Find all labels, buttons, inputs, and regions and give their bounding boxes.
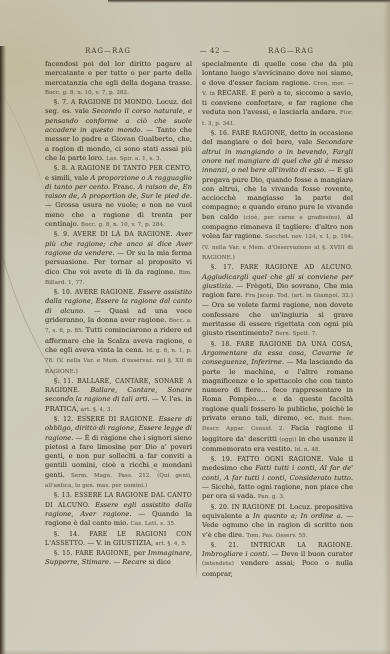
text-run-cite: Pan. g. 3.: [258, 494, 285, 500]
entry-paragraph: §. 16. FARE RAGIONE, detto in occasione …: [202, 129, 353, 263]
entry-paragraph: §. 12. ESSERE DI RAGIONE. Essere di obbl…: [45, 415, 192, 491]
text-run-sc: §. 12. ESSERE DI RAGIONE.: [54, 416, 155, 423]
text-run-cite: art. §. 4, 5.: [155, 541, 186, 547]
text-run-cite: Bocc. g. 8, n. 10, v. 7, p. 282.: [45, 90, 129, 96]
text-run-sc: RECARE.: [217, 90, 248, 97]
text-run-it: In quanto a; In ordine a.: [253, 512, 343, 520]
scan-edge-bottom: [0, 649, 390, 654]
text-run-cite: (intendete): [202, 561, 234, 567]
text-run-cite: Id. n. 48.: [294, 447, 320, 453]
text-run-cite: Cas. Lett. s. 35.: [131, 521, 176, 527]
running-head: RAG—RAG — 42 — RAG—RAG: [0, 47, 390, 59]
text-run-cite: Tom. Pas. Osserv. 55.: [246, 533, 307, 539]
text-run-plain: — Deve il buon curator: [269, 550, 353, 558]
entry-paragraph: specialmente di quelle cose che da più l…: [202, 60, 353, 129]
text-column-right: specialmente di quelle cose che da più l…: [202, 60, 353, 579]
text-run-sc: §. 21. INTRICAR LA RAGIONE.: [211, 542, 353, 549]
text-column-left: facendosi poi del lor diritto pagare al …: [45, 60, 192, 568]
page-number: — 42 —: [200, 47, 230, 55]
text-run-sc: §. 10. AVERE RAGIONE.: [54, 289, 135, 296]
entry-paragraph: §. 13. ESSERE LA RAGIONE DAL CANTO DI AL…: [45, 491, 192, 529]
text-run-cite: (cioè, per carne e gradissino),: [243, 215, 341, 221]
text-run-sc: §. 17. FARE RAGIONE AD ALCUNO.: [211, 264, 353, 271]
entry-paragraph: facendosi poi del lor diritto pagare al …: [45, 60, 192, 98]
entry-paragraph: §. 8. A RAGIONE DI TANTO PER CENTO, e si…: [45, 164, 192, 230]
text-run-plain: e simili, vale: [45, 174, 90, 182]
text-run-sc: §. 18. FARE RAGIONE DA UNA COSA,: [211, 341, 353, 348]
entry-paragraph: §. 9. AVERE DI LÀ DA RAGIONE. Aver più c…: [45, 230, 192, 288]
text-run-plain: — Ma lasciando da parte le machine, e l'…: [202, 358, 353, 422]
text-run-plain: si dice: [147, 558, 171, 566]
text-run-sc: §. 15. FARE RAGIONE,: [54, 550, 131, 557]
text-run-cite: Las. Spir. a. 1, s. 3.: [106, 156, 161, 162]
text-run-plain: per: [131, 549, 148, 557]
scan-edge-left: [0, 46, 6, 654]
running-head-left: RAG—RAG: [85, 47, 131, 55]
text-run-sc: §. 20. IN RAGIONE DI.: [211, 504, 287, 511]
scan-edge-right: [383, 0, 390, 654]
text-run-cite: (oggi): [279, 437, 296, 443]
text-run-it: Recare: [122, 558, 146, 566]
entry-paragraph: §. 19. FATTO OGNI RAGIONE. Vale il medes…: [202, 455, 353, 502]
text-run-cite: art. §. 4, 3.: [81, 407, 112, 413]
text-run-sc: §. 7. A RAGIONE DI MONDO.: [54, 99, 154, 106]
text-run-sc: §. 8. A RAGIONE DI TANTO PER CENTO,: [54, 165, 192, 172]
text-run-plain: facendosi poi del lor diritto pagare al …: [45, 60, 192, 87]
entry-paragraph: §. 17. FARE RAGIONE AD ALCUNO. Aggiudica…: [202, 263, 353, 339]
entry-paragraph: §. 18. FARE RAGIONE DA UNA COSA, Argomen…: [202, 340, 353, 456]
entry-paragraph: §. 14. FARE LE RAGIONI CON L'ASSETTO. — …: [45, 530, 192, 550]
text-run-it: Imbrogliare i conti.: [202, 550, 269, 558]
text-run-cite: Bern. Spett. 7.: [275, 331, 317, 337]
text-run-plain: — E gli pregava pure Dio, quando fosse a…: [202, 166, 353, 220]
text-run-plain: —: [111, 558, 122, 566]
entry-paragraph: §. 11. BALLARE, CANTARE, SONARE A RAGION…: [45, 377, 192, 415]
text-run-sc: §. 19. FATTO OGNI RAGIONE.: [211, 456, 324, 463]
scan-edge-top: [108, 0, 390, 3]
text-run-sc: §. 9. AVERE DI LÀ DA RAGIONE.: [54, 231, 173, 238]
text-run-plain: Franc.: [110, 183, 138, 191]
entry-paragraph: §. 10. AVERE RAGIONE. Essere assistito d…: [45, 288, 192, 377]
column-divider-rule: [196, 64, 197, 580]
running-head-right: RAG—RAG: [268, 47, 314, 55]
entry-paragraph: §. 7. A RAGIONE DI MONDO. Locuz. del seg…: [45, 98, 192, 164]
text-run-sc: §. 16. FARE RAGIONE,: [211, 130, 287, 137]
entry-paragraph: §. 15. FARE RAGIONE, per Immaginare, Sup…: [45, 549, 192, 568]
entry-paragraph: §. 20. IN RAGIONE DI. Locuz. prepositiva…: [202, 503, 353, 541]
entry-paragraph: §. 21. INTRICAR LA RAGIONE. Imbrogliare …: [202, 541, 353, 579]
text-run-plain: — V. in GIUSTIZIA,: [85, 539, 155, 547]
text-run-cite: Fra Jacop. Tod. (art. in Giampol. 32.): [245, 293, 353, 299]
text-run-cite: Bocc. g. 8, n. 10, v. 7, p. 284.: [81, 222, 165, 228]
